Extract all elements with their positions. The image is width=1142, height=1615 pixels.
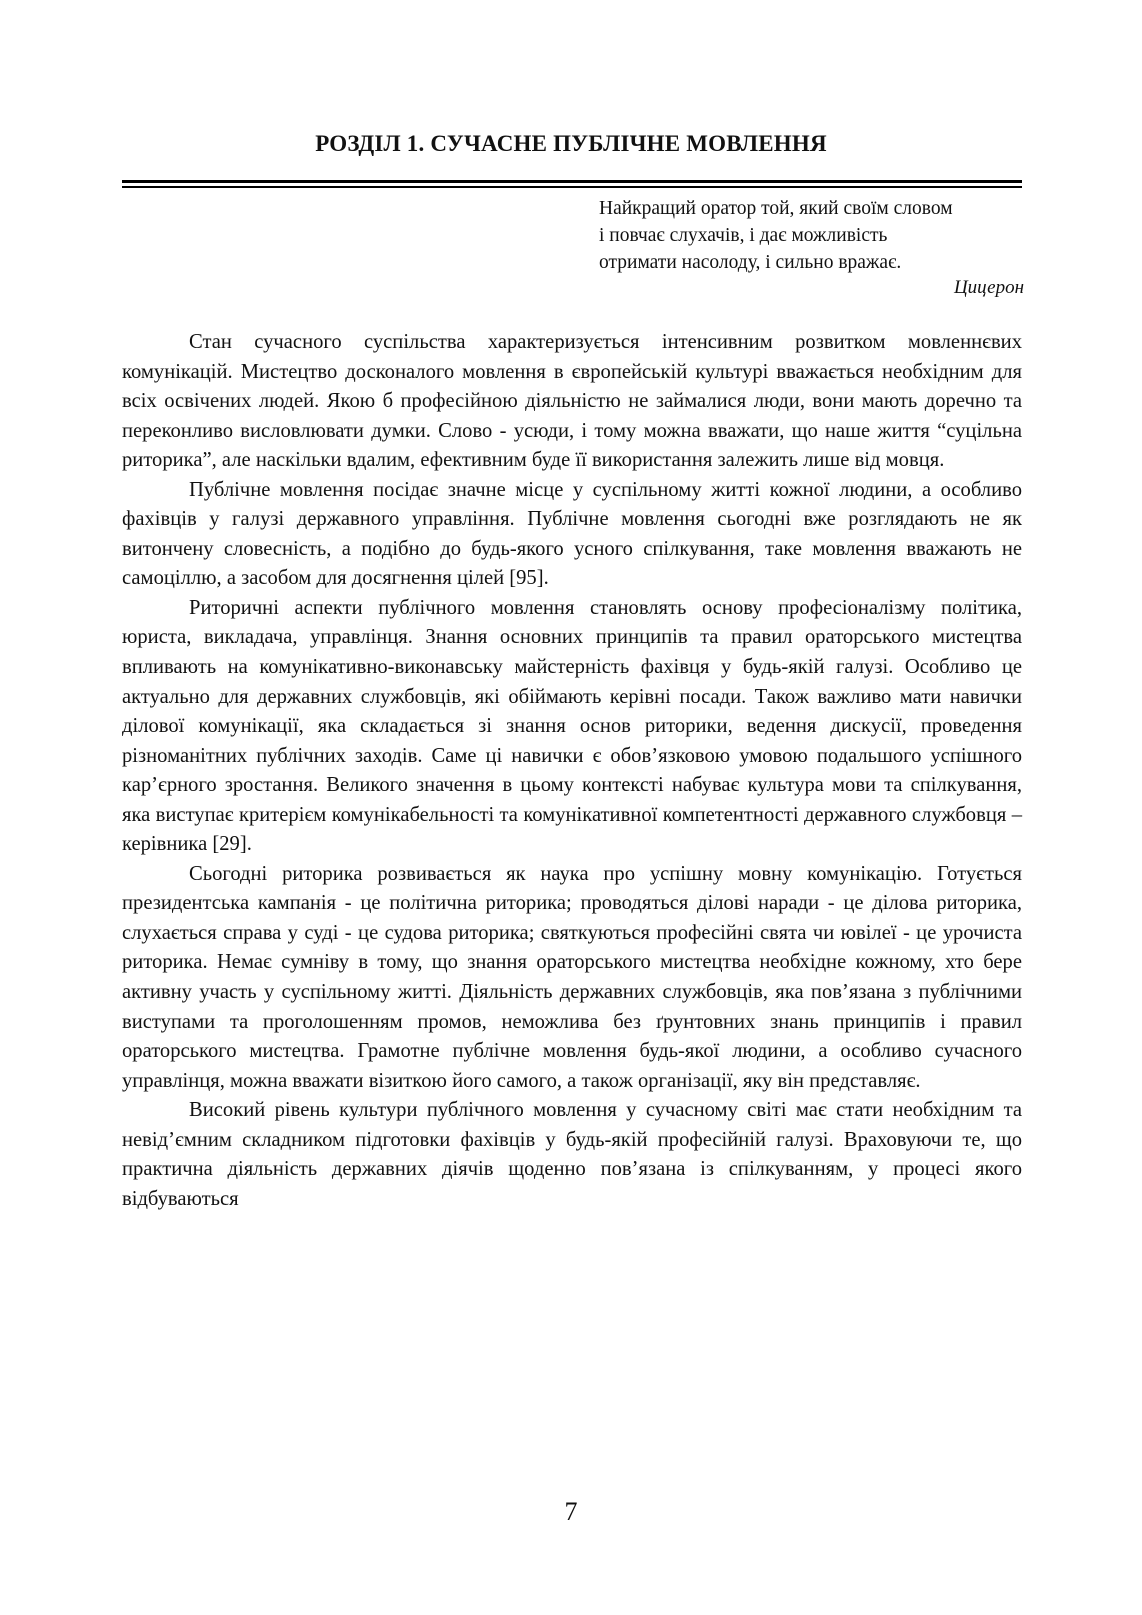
epigraph-line: і повчає слухачів, і дає можливість bbox=[599, 222, 1024, 249]
paragraph: Стан сучасного суспільства характеризуєт… bbox=[122, 328, 1022, 476]
title-divider-thin bbox=[122, 186, 1022, 188]
epigraph-line: Найкращий оратор той, який своїм словом bbox=[599, 195, 1024, 222]
epigraph-line: отримати насолоду, і сильно вражає. bbox=[599, 249, 1024, 276]
title-divider-thick bbox=[122, 180, 1022, 183]
paragraph: Сьогодні риторика розвивається як наука … bbox=[122, 860, 1022, 1096]
body-text: Стан сучасного суспільства характеризуєт… bbox=[122, 328, 1022, 1214]
epigraph: Найкращий оратор той, який своїм словом … bbox=[599, 195, 1024, 300]
paragraph: Публічне мовлення посідає значне місце у… bbox=[122, 476, 1022, 594]
page-number: 7 bbox=[0, 1497, 1142, 1527]
paragraph: Риторичні аспекти публічного мовлення ст… bbox=[122, 594, 1022, 860]
chapter-title: РОЗДІЛ 1. СУЧАСНЕ ПУБЛІЧНЕ МОВЛЕННЯ bbox=[0, 131, 1142, 157]
paragraph: Високий рівень культури публічного мовле… bbox=[122, 1096, 1022, 1214]
epigraph-author: Цицерон bbox=[599, 276, 1024, 300]
